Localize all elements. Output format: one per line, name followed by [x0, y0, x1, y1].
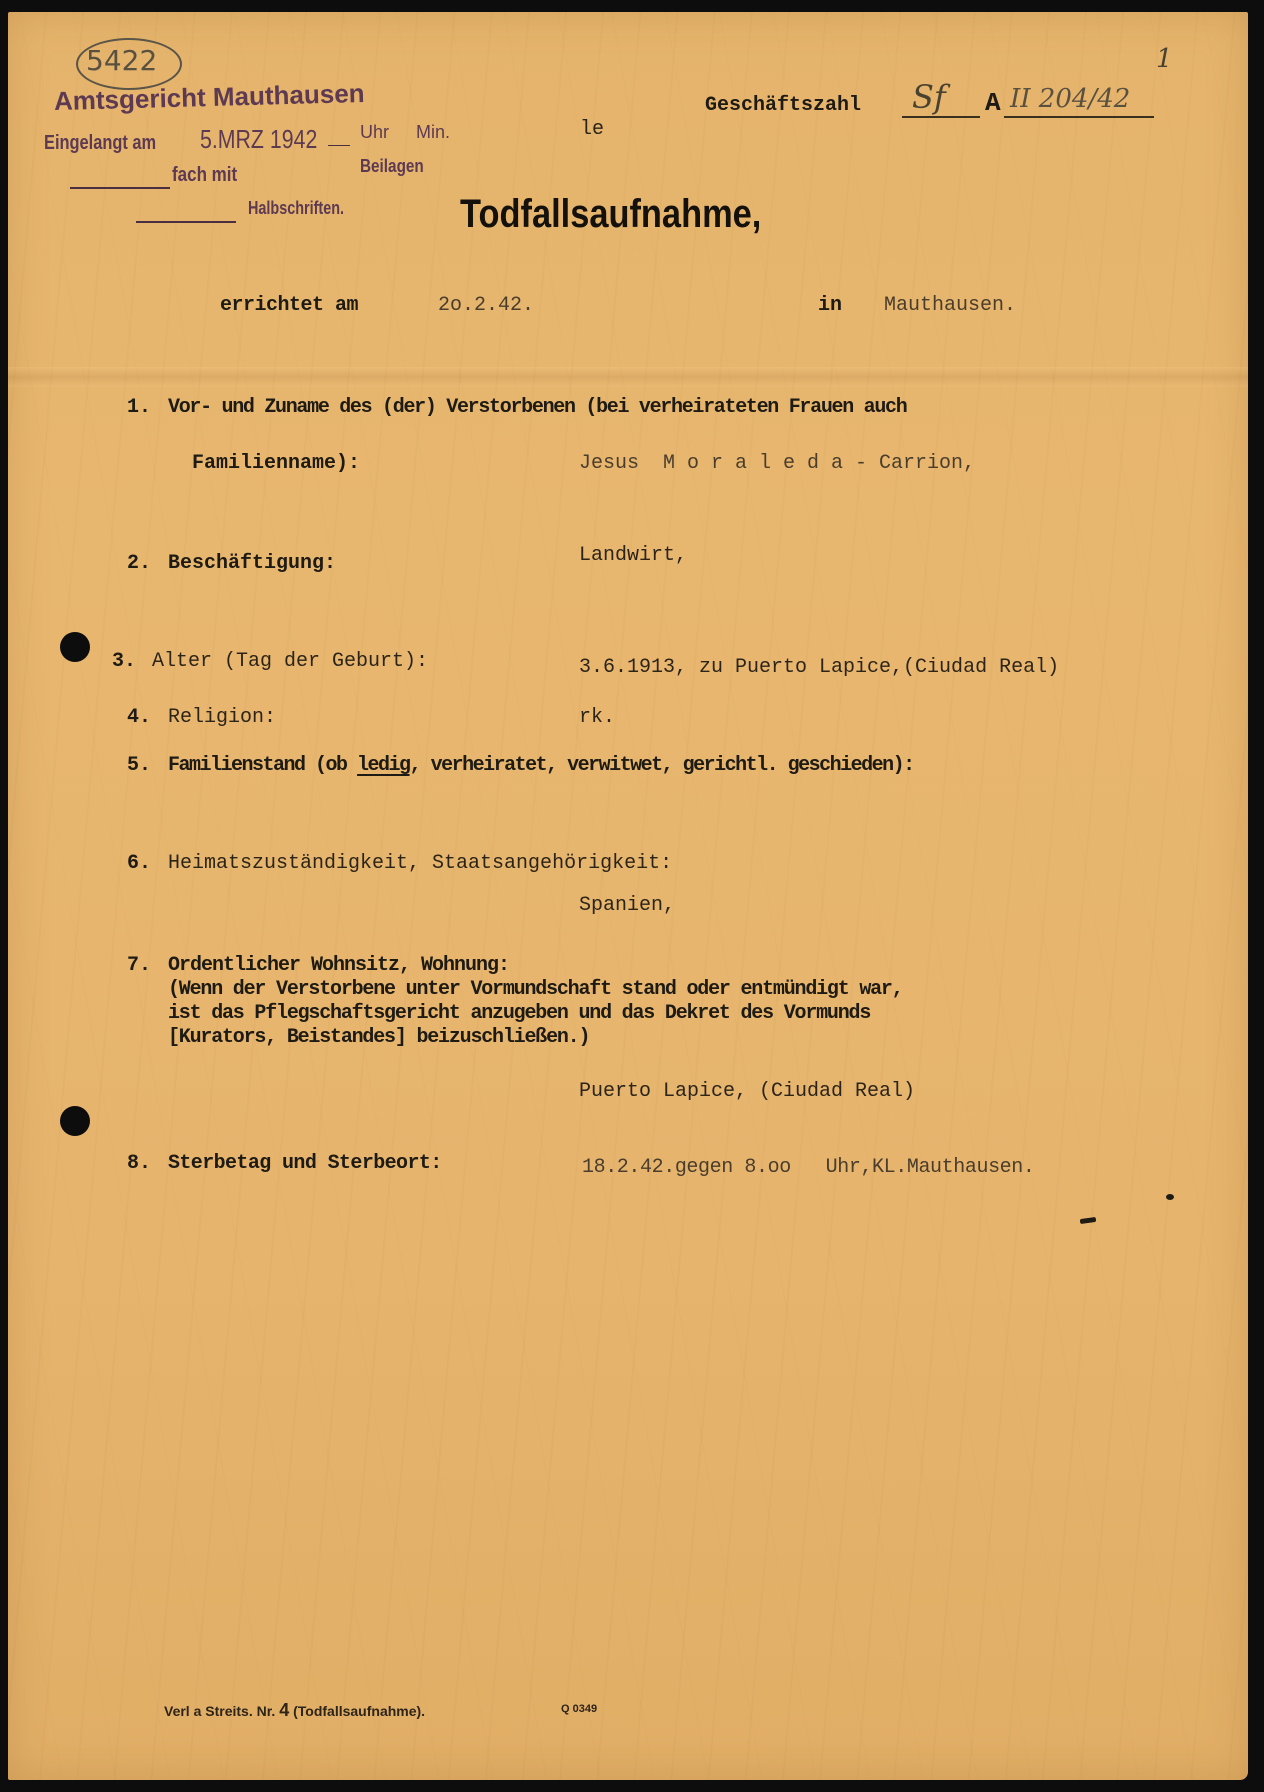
- ink-mark-dot: [1166, 1194, 1174, 1200]
- stamp-halbschriften: Halbschriften.: [248, 198, 344, 219]
- stamp-line-halb: [136, 221, 236, 223]
- field-8-number: 8.: [127, 1152, 151, 1175]
- field-2-label: Beschäftigung:: [168, 552, 336, 575]
- stamp-fach-mit: fach mit: [172, 164, 237, 187]
- field-5-label-post: , verheiratet, verwitwet, gerichtl. gesc…: [410, 754, 914, 777]
- punch-hole-top: [60, 632, 90, 662]
- field-1-value[interactable]: Jesus M o r a l e d a - Carrion,: [579, 452, 975, 475]
- stamp-line-fach: [70, 187, 170, 189]
- paper-fold: [8, 367, 1248, 387]
- stamp-received-label: Eingelangt am: [44, 132, 156, 155]
- field-6-number: 6.: [127, 852, 151, 875]
- stamp-dotline-1: [328, 145, 350, 146]
- field-4-value[interactable]: rk.: [579, 706, 615, 729]
- page-title: Todfallsaufnahme,: [460, 192, 761, 237]
- field-3-label: Alter (Tag der Geburt):: [152, 650, 428, 673]
- field-6-label: Heimatszuständigkeit, Staatsangehörigkei…: [168, 852, 672, 875]
- field-7-value[interactable]: Puerto Lapice, (Ciudad Real): [579, 1080, 915, 1103]
- field-3-number: 3.: [112, 650, 136, 673]
- geschaeftszahl-number[interactable]: II 204/42: [1010, 84, 1130, 114]
- errichtet-date[interactable]: 2o.2.42.: [438, 294, 534, 317]
- field-7-note-line-3: [Kurators, Beistandes] beizuschließen.): [168, 1026, 589, 1049]
- field-4-label: Religion:: [168, 706, 276, 729]
- footer-code: Q 0349: [561, 1703, 597, 1715]
- field-2-number: 2.: [127, 552, 151, 575]
- punch-hole-bottom: [60, 1106, 90, 1136]
- field-4-number: 4.: [127, 706, 151, 729]
- field-7-note-line-1: (Wenn der Verstorbene unter Vormundschaf…: [168, 978, 903, 1001]
- field-2-value[interactable]: Landwirt,: [579, 544, 687, 567]
- geschaeftszahl-underline-1: [902, 116, 980, 118]
- footer-form-number: 4: [279, 1700, 289, 1720]
- field-3-value[interactable]: 3.6.1913, zu Puerto Lapice,(Ciudad Real): [579, 656, 1059, 679]
- errichtet-label: errichtet am: [220, 294, 358, 317]
- field-7-number: 7.: [127, 954, 151, 977]
- field-5-number: 5.: [127, 754, 151, 777]
- geschaeftszahl-label: Geschäftszahl: [705, 94, 861, 117]
- geschaeftszahl-superscript: 1: [1156, 44, 1173, 74]
- stamp-uhr: Uhr: [360, 122, 389, 143]
- stamp-min: Min.: [416, 122, 450, 143]
- field-5-label: Familienstand (ob ledig, verheiratet, ve…: [168, 754, 914, 777]
- geschaeftszahl-underline-2: [1004, 116, 1154, 118]
- geschaeftszahl-letter: A: [985, 88, 1001, 118]
- footer-form-ref-text: Verl a Streits. Nr.: [164, 1703, 275, 1719]
- field-8-value[interactable]: 18.2.42.gegen 8.oo Uhr,KL.Mauthausen.: [582, 1156, 1034, 1179]
- footer-form-ref: Verl a Streits. Nr. 4 (Todfallsaufnahme)…: [164, 1700, 425, 1721]
- errichtet-place[interactable]: Mauthausen.: [884, 294, 1016, 317]
- geschaeftszahl-prefix[interactable]: Sf: [912, 78, 946, 116]
- field-1-label: Vor- und Zuname des (der) Verstorbenen (…: [168, 396, 906, 419]
- field-5-ledig-underlined: ledig: [357, 754, 410, 777]
- field-1-label-cont: Familienname):: [192, 452, 360, 475]
- field-8-label: Sterbetag und Sterbeort:: [168, 1152, 442, 1175]
- pencil-number: 5422: [86, 44, 157, 77]
- errichtet-in-label: in: [818, 294, 842, 317]
- field-6-value[interactable]: Spanien,: [579, 894, 675, 917]
- footer-form-name: (Todfallsaufnahme).: [293, 1703, 425, 1719]
- field-7-note-line-2: ist das Pflegschaftsgericht anzugeben un…: [168, 1002, 870, 1025]
- field-7-label: Ordentlicher Wohnsitz, Wohnung:: [168, 954, 509, 977]
- stamp-received-date: 5.MRZ 1942: [200, 124, 317, 155]
- field-1-number: 1.: [127, 396, 151, 419]
- field-5-label-pre: Familienstand (ob: [168, 754, 357, 777]
- stamp-beilagen: Beilagen: [360, 156, 424, 177]
- header-mark: le: [580, 118, 604, 141]
